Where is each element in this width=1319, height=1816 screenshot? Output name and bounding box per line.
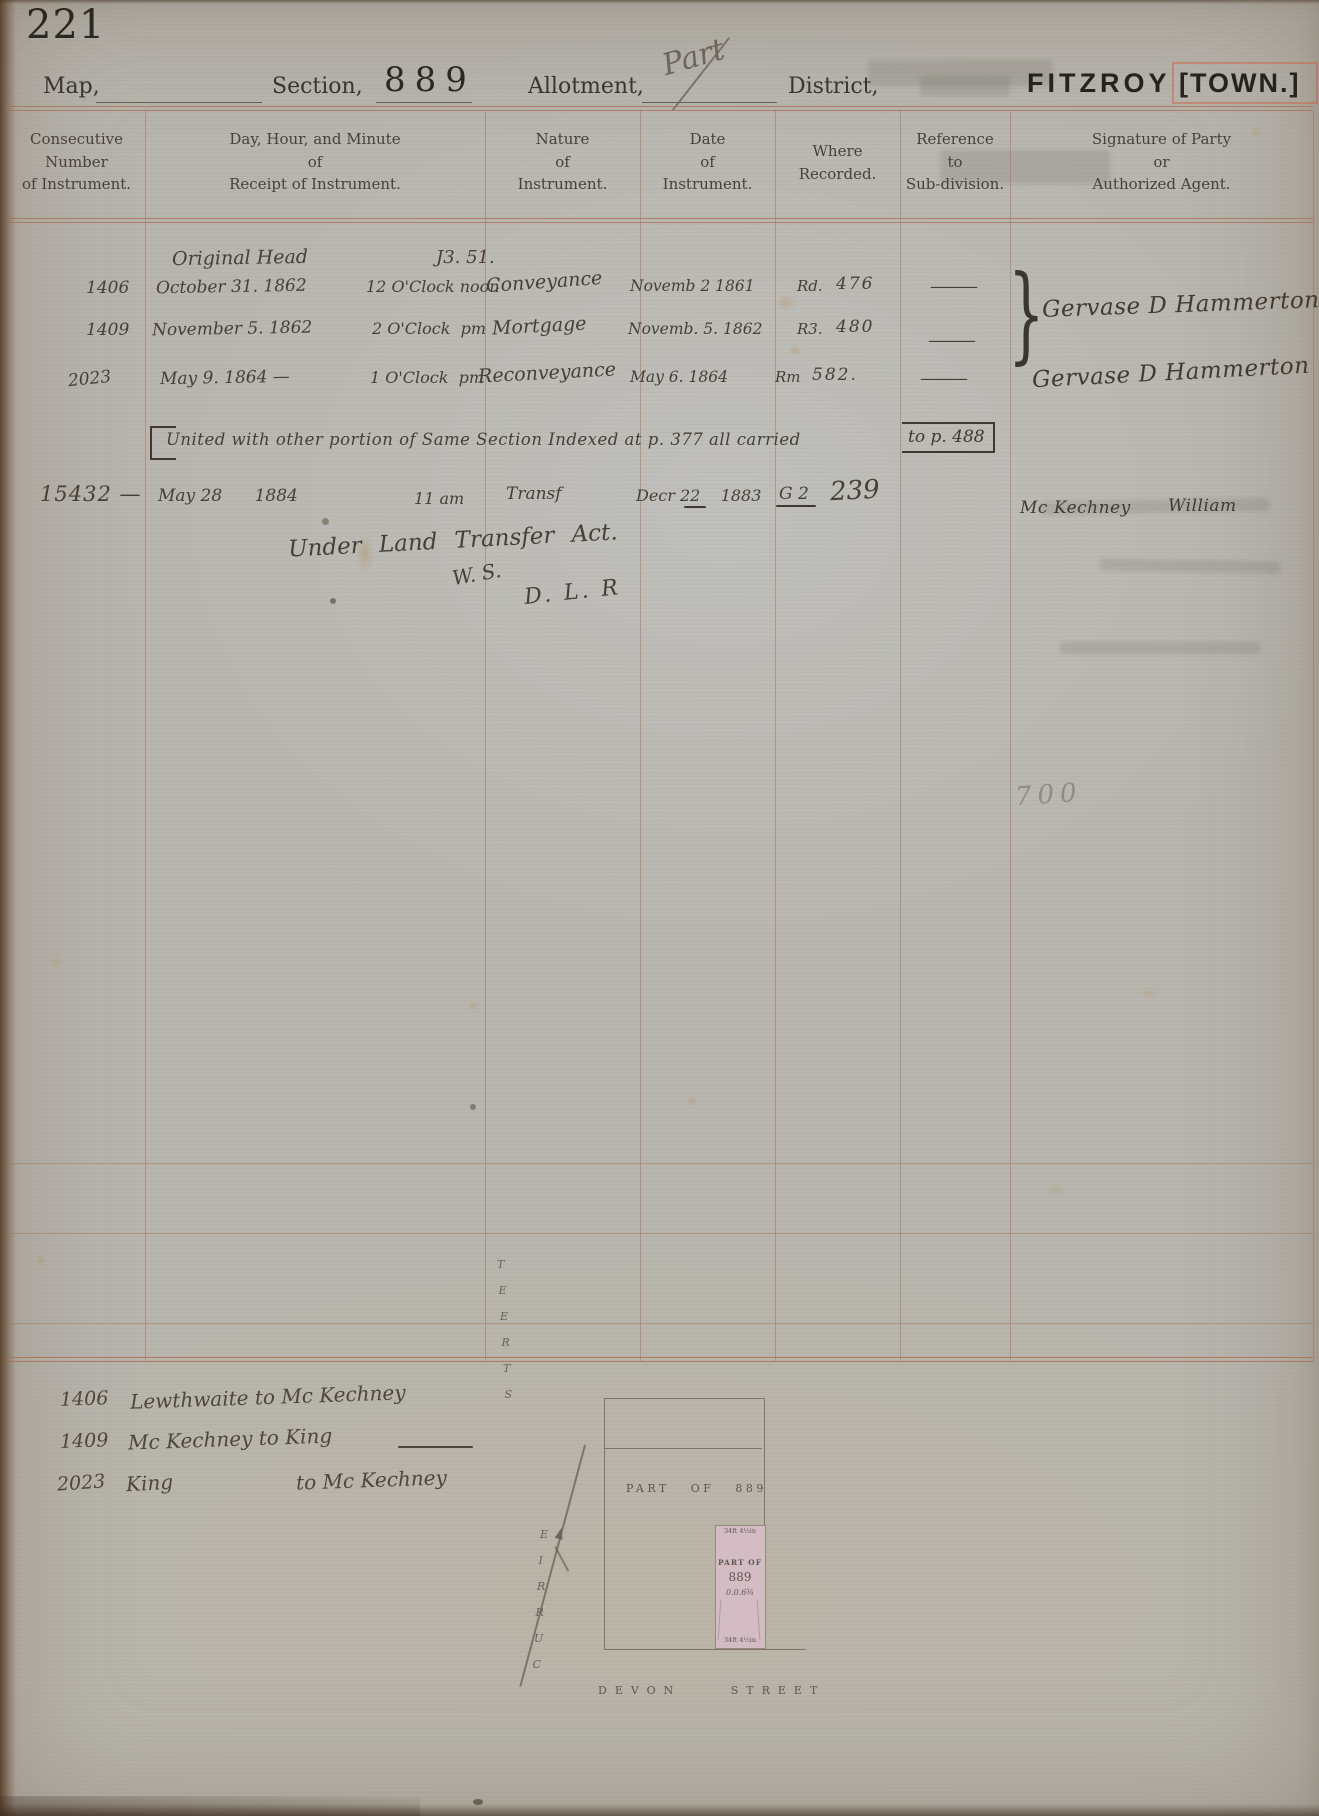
- ink-speck: [470, 1104, 476, 1110]
- street-letter: U: [534, 1632, 543, 1645]
- transfer-note-dash: [398, 1446, 473, 1448]
- bleed-through-mark: [1060, 642, 1260, 654]
- column-divider: [145, 110, 146, 1361]
- column-divider: [640, 110, 641, 1361]
- map-label: Map,: [43, 74, 100, 99]
- opening-note-right: J3. 51.: [436, 247, 495, 268]
- column-header-date: DateofInstrument.: [640, 128, 775, 196]
- entry-nature: Reconveyance: [478, 358, 617, 387]
- section-rule: [6, 1233, 1313, 1234]
- entry-signature: Mc Kechney: [1020, 498, 1131, 518]
- ledger-page: 221 Map, Section, 889 Allotment, Part Di…: [0, 0, 1319, 1816]
- street-letter: R: [537, 1580, 545, 1593]
- binding-edge: [0, 0, 16, 1816]
- transfer-note-num: 2023: [56, 1470, 106, 1495]
- street-arrow-icon: [555, 1527, 566, 1540]
- entry-receipt-date: May 9. 1864 —: [160, 367, 290, 389]
- header-rule: [6, 110, 1313, 111]
- page-top-edge: [0, 0, 1319, 4]
- transfer-note-text: Lewthwaite to Mc Kechney: [130, 1380, 406, 1414]
- plan-top-boundary: [604, 1398, 764, 1399]
- entry-page: 476: [836, 274, 874, 294]
- entry-number: 1409: [86, 320, 129, 340]
- street-letter: E: [499, 1284, 507, 1297]
- column-divider: [900, 110, 901, 1361]
- table-bottom-rule: [6, 1361, 1313, 1362]
- column-header-nature: NatureofInstrument.: [485, 128, 640, 196]
- entry-book: Rd.: [797, 277, 823, 295]
- joint-signature: Gervase D Hammerton: [1042, 287, 1319, 323]
- entry-date: Novemb. 5. 1862: [628, 320, 762, 338]
- page-number: 221: [26, 2, 105, 48]
- transfer-note-num: 1406: [60, 1387, 109, 1411]
- entry-page: 582.: [812, 365, 858, 385]
- street-letter: T: [503, 1362, 510, 1375]
- column-divider: [485, 110, 486, 1361]
- bleed-through-mark: [868, 60, 1053, 86]
- parcel-label-line1: PART OF: [715, 1558, 765, 1567]
- allotment-value-handwritten: Part: [658, 32, 728, 83]
- entry-receipt-date: November 5. 1862: [152, 318, 313, 341]
- column-header-signature: Signature of PartyorAuthorized Agent.: [1010, 128, 1313, 196]
- cancellation-carried-to: to p. 488: [902, 422, 995, 453]
- stain: [35, 1256, 47, 1266]
- entry-book: Rm: [775, 368, 801, 386]
- date-underline: [684, 506, 706, 508]
- plan-left-boundary: [604, 1398, 605, 1650]
- column-header-receipt: Day, Hour, and MinuteofReceipt of Instru…: [145, 128, 485, 196]
- table-bottom-rule: [6, 1357, 1313, 1358]
- under-act-initials-2: D. L. R: [523, 575, 622, 610]
- entry-number: 1406: [86, 278, 129, 298]
- devon-street-label: DEVON STREET: [598, 1684, 825, 1697]
- street-letter: E: [540, 1528, 548, 1541]
- street-letter: E: [500, 1310, 508, 1323]
- entry-number: 15432 —: [40, 482, 141, 506]
- entry-book: R3.: [797, 320, 823, 338]
- joining-brace: }: [1008, 262, 1045, 367]
- transfer-note-text2: to Mc Kechney: [296, 1465, 448, 1494]
- section-label: Section,: [272, 74, 363, 99]
- street-letter: R: [502, 1336, 510, 1349]
- column-header-rule: [8, 222, 1313, 223]
- stain: [788, 345, 802, 357]
- entry-nature: Conveyance: [485, 267, 603, 297]
- pencil-note: 700: [1014, 778, 1084, 813]
- entry-receipt-time: 11 am: [414, 489, 464, 508]
- stain: [467, 1000, 480, 1011]
- book-underline: [776, 505, 816, 507]
- street-letter: R: [536, 1606, 544, 1619]
- entry-subdivision-dash: ———: [920, 368, 965, 389]
- district-value: FITZROY: [1027, 68, 1171, 99]
- currie-street-line: [519, 1445, 585, 1687]
- column-header-subdivision: ReferencetoSub-division.: [900, 128, 1010, 196]
- map-underline: [96, 102, 262, 103]
- street-letter: T: [497, 1258, 504, 1271]
- under-act-initials-1: W. S.: [450, 558, 503, 590]
- entry-signature: Gervase D Hammerton: [1032, 353, 1311, 393]
- ink-speck: [330, 598, 336, 604]
- plan-inner-boundary: [604, 1448, 762, 1449]
- plan-bottom-boundary: [604, 1649, 806, 1650]
- page-corner-shadow: [0, 1796, 420, 1816]
- entry-date: May 6. 1864: [630, 368, 728, 386]
- entry-receipt-time: 12 O'Clock noon: [366, 277, 500, 296]
- street-letter: C: [533, 1658, 541, 1671]
- cancellation-note: United with other portion of Same Sectio…: [166, 430, 801, 449]
- section-rule: [6, 1323, 1313, 1324]
- section-rule: [6, 1163, 1313, 1164]
- transfer-note-text: Mc Kechney to King: [128, 1423, 333, 1454]
- bleed-through-mark: [1100, 558, 1280, 573]
- stain: [686, 1096, 698, 1106]
- entry-receipt-time: 2 O'Clock pm: [372, 319, 486, 338]
- allotment-underline: [642, 102, 777, 103]
- parcel-label-line2: 889: [715, 1570, 765, 1584]
- entry-page: 480: [836, 317, 874, 337]
- entry-receipt-date: May 28 1884: [158, 486, 298, 506]
- plan-area-label: PART OF 889: [626, 1482, 767, 1495]
- bleed-through-mark: [920, 76, 1010, 96]
- entry-subdivision-dash: ———: [930, 276, 975, 297]
- entry-receipt-date: October 31. 1862: [156, 276, 307, 299]
- column-divider: [775, 110, 776, 1361]
- parcel-bottom-dimension: 34ft 4½in: [715, 1636, 765, 1644]
- entry-number: 2023: [67, 367, 112, 391]
- entry-receipt-time: 1 O'Clock pm: [370, 368, 484, 387]
- stain: [50, 956, 65, 969]
- street-tick-mark: [555, 1546, 569, 1571]
- section-underline: [376, 102, 472, 103]
- entry-date: Novemb 2 1861: [630, 277, 755, 295]
- street-letter: I: [539, 1554, 543, 1567]
- section-value: 889: [384, 60, 476, 100]
- entry-nature: Transf: [506, 484, 562, 504]
- entry-page: 239: [829, 475, 880, 508]
- stain: [775, 295, 797, 311]
- entry-book: G 2: [779, 484, 809, 504]
- opening-note-left: Original Head: [172, 246, 308, 270]
- entry-subdivision-dash: ———: [928, 330, 973, 351]
- entry-signature-extra: William: [1168, 496, 1237, 516]
- allotment-label: Allotment,: [528, 74, 644, 99]
- parcel-top-dimension: 34ft 4½in: [715, 1527, 765, 1535]
- header-rule: [6, 106, 1313, 107]
- district-suffix: [TOWN.]: [1179, 68, 1300, 99]
- column-header-rule: [8, 218, 1313, 219]
- column-header-consecutive-number: ConsecutiveNumberof Instrument.: [8, 128, 145, 196]
- street-letter: S: [505, 1388, 513, 1401]
- transfer-note-text: King: [125, 1470, 173, 1496]
- stain: [1140, 986, 1158, 1000]
- column-header-where-recorded: WhereRecorded.: [775, 140, 900, 185]
- entry-nature: Mortgage: [491, 313, 587, 340]
- transfer-note-num: 1409: [60, 1429, 109, 1453]
- stain: [1046, 1184, 1066, 1198]
- parcel-label-line3: 0.0.6¾: [715, 1588, 765, 1597]
- district-label: District,: [788, 74, 879, 99]
- ink-speck: [322, 518, 329, 525]
- entry-date: Decr 22 1883: [636, 486, 761, 505]
- under-act-note: Under Land Transfer Act.: [288, 519, 619, 562]
